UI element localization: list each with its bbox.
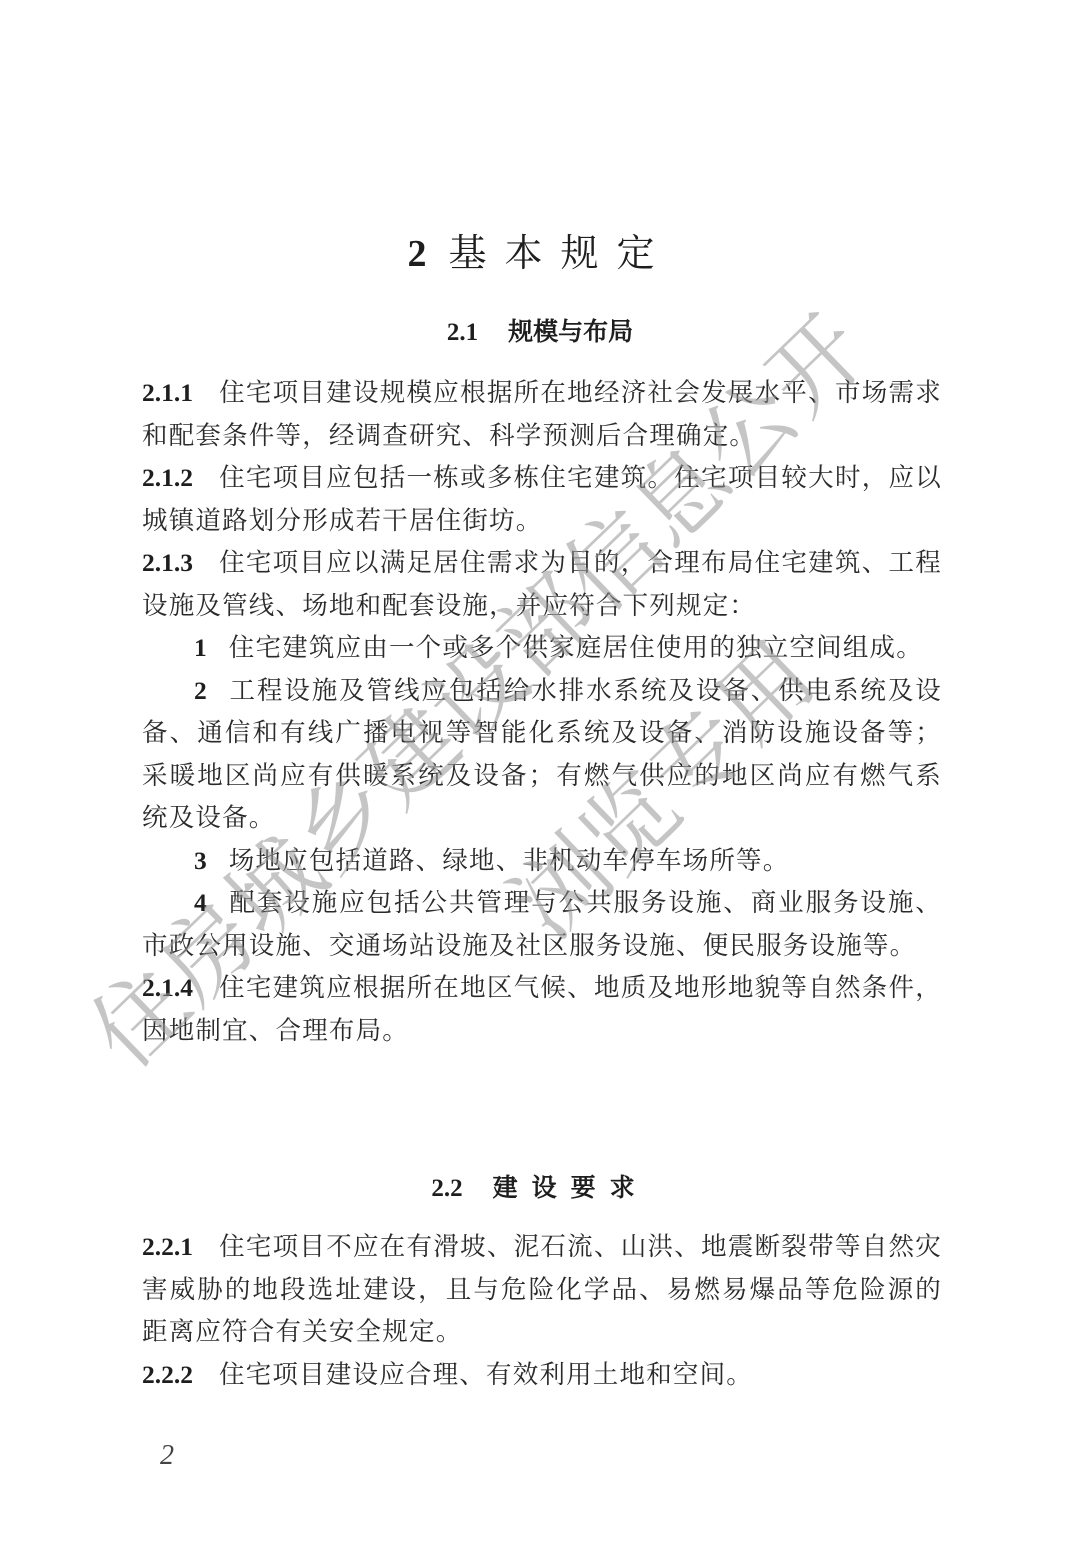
clause-2-1-1: 2.1.1住宅项目建设规模应根据所在地经济社会发展水平、市场需求和配套条件等，经…: [142, 372, 942, 457]
clause-text: 住宅项目应包括一栋或多栋住宅建筑。住宅项目较大时，应以城镇道路划分形成若干居住街…: [142, 463, 942, 536]
clause-number: 2.1.2: [142, 463, 193, 492]
page-number: 2: [160, 1440, 174, 1472]
item-number: 2: [194, 676, 207, 705]
clause-number: 2.2.2: [142, 1360, 193, 1389]
clause-2-1-3-item-4: 4配套设施应包括公共管理与公共服务设施、商业服务设施、市政公用设施、交通场站设施…: [142, 882, 942, 967]
clause-text: 住宅项目应以满足居住需求为目的，合理布局住宅建筑、工程设施及管线、场地和配套设施…: [142, 548, 942, 621]
clause-number: 2.2.1: [142, 1232, 193, 1261]
clause-2-1-3-item-3: 3场地应包括道路、绿地、非机动车停车场所等。: [142, 840, 942, 883]
item-text: 配套设施应包括公共管理与公共服务设施、商业服务设施、市政公用设施、交通场站设施及…: [142, 888, 942, 961]
chapter-title-text: 基本规定: [448, 231, 672, 275]
clause-2-2-1: 2.2.1住宅项目不应在有滑坡、泥石流、山洪、地震断裂带等自然灾害威胁的地段选址…: [142, 1226, 942, 1354]
clause-2-1-3-item-1: 1住宅建筑应由一个或多个供家庭居住使用的独立空间组成。: [142, 627, 942, 670]
clause-2-1-3: 2.1.3住宅项目应以满足居住需求为目的，合理布局住宅建筑、工程设施及管线、场地…: [142, 542, 942, 627]
section-title-2-2: 2.2建设要求: [0, 1168, 1080, 1204]
item-number: 1: [194, 633, 207, 662]
section-2-2-body: 2.2.1住宅项目不应在有滑坡、泥石流、山洪、地震断裂带等自然灾害威胁的地段选址…: [142, 1226, 942, 1396]
item-text: 工程设施及管线应包括给水排水系统及设备、供电系统及设备、通信和有线广播电视等智能…: [142, 676, 942, 834]
clause-number: 2.1.1: [142, 378, 193, 407]
clause-2-2-2: 2.2.2住宅项目建设应合理、有效利用土地和空间。: [142, 1354, 942, 1397]
item-number: 4: [194, 888, 207, 917]
item-text: 住宅建筑应由一个或多个供家庭居住使用的独立空间组成。: [229, 633, 923, 663]
chapter-number: 2: [407, 233, 426, 275]
clause-text: 住宅建筑应根据所在地区气候、地质及地形地貌等自然条件，因地制宜、合理布局。: [142, 973, 942, 1046]
item-number: 3: [194, 846, 207, 875]
clause-number: 2.1.4: [142, 973, 193, 1002]
section-title-text: 建设要求: [493, 1173, 649, 1202]
section-2-1-body: 2.1.1住宅项目建设规模应根据所在地经济社会发展水平、市场需求和配套条件等，经…: [142, 372, 942, 1052]
item-text: 场地应包括道路、绿地、非机动车停车场所等。: [229, 846, 790, 876]
clause-2-1-4: 2.1.4住宅建筑应根据所在地区气候、地质及地形地貌等自然条件，因地制宜、合理布…: [142, 967, 942, 1052]
section-number: 2.2: [431, 1175, 462, 1202]
section-title-2-1: 2.1规模与布局: [0, 312, 1080, 348]
section-title-text: 规模与布局: [508, 317, 633, 346]
section-number: 2.1: [447, 319, 478, 346]
clause-2-1-2: 2.1.2住宅项目应包括一栋或多栋住宅建筑。住宅项目较大时，应以城镇道路划分形成…: [142, 457, 942, 542]
clause-text: 住宅项目建设规模应根据所在地经济社会发展水平、市场需求和配套条件等，经调查研究、…: [142, 378, 942, 451]
clause-number: 2.1.3: [142, 548, 193, 577]
chapter-title: 2基本规定: [0, 222, 1080, 277]
clause-text: 住宅项目不应在有滑坡、泥石流、山洪、地震断裂带等自然灾害威胁的地段选址建设，且与…: [142, 1232, 942, 1347]
clause-2-1-3-item-2: 2工程设施及管线应包括给水排水系统及设备、供电系统及设备、通信和有线广播电视等智…: [142, 670, 942, 840]
document-page: 2基本规定 2.1规模与布局 2.1.1住宅项目建设规模应根据所在地经济社会发展…: [0, 0, 1080, 1564]
clause-text: 住宅项目建设应合理、有效利用土地和空间。: [219, 1360, 753, 1390]
